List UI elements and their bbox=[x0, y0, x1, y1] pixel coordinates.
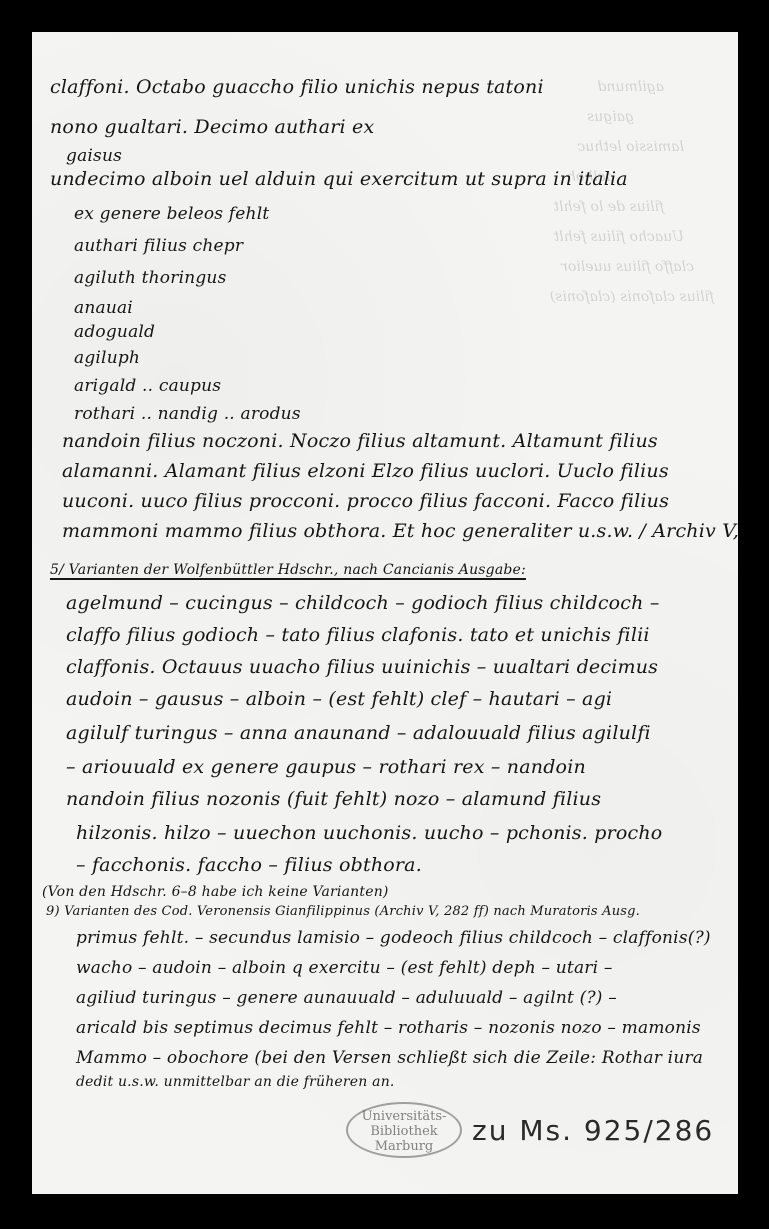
text-line: aricald bis septimus decimus fehlt – rot… bbox=[76, 1018, 701, 1038]
text-line: wacho – audoin – alboin q exercitu – (es… bbox=[76, 958, 613, 978]
text-line: adoguald bbox=[74, 322, 155, 342]
text-line: rothari .. nandig .. arodus bbox=[74, 404, 301, 424]
text-line: hilzonis. hilzo – uuechon uuchonis. uuch… bbox=[76, 822, 662, 844]
section-5-heading: 5/ Varianten der Wolfenbüttler Hdschr., … bbox=[50, 562, 526, 578]
shelfmark: zu Ms. 925/286 bbox=[472, 1114, 714, 1147]
bleed-line: claffo filius uuelior bbox=[484, 252, 724, 282]
text-line: agiluth thoringus bbox=[74, 268, 227, 288]
text-line: agiliud turingus – genere aunauuald – ad… bbox=[76, 988, 617, 1008]
text-line: Mammo – obochore (bei den Versen schließ… bbox=[76, 1048, 703, 1068]
text-line: claffo filius godioch – tato filius claf… bbox=[66, 624, 650, 646]
text-line: agelmund – cucingus – childcoch – godioc… bbox=[66, 592, 660, 614]
text-line: audoin – gausus – alboin – (est fehlt) c… bbox=[66, 688, 612, 710]
text-line: claffonis. Octauus uuacho filius uuinich… bbox=[66, 656, 658, 678]
text-line: gaisus bbox=[66, 146, 122, 166]
text-line: agiluph bbox=[74, 348, 140, 368]
bleed-through-text: agilmund gaigus lamissio lethuc aclhoh f… bbox=[484, 72, 724, 312]
stamp-line: Marburg bbox=[348, 1139, 460, 1154]
text-line: anauai bbox=[74, 298, 133, 318]
bleed-line: Uuacho filius fehlt bbox=[484, 222, 724, 252]
bleed-line: filius de lo fehlt bbox=[484, 192, 724, 222]
text-line: – ariouuald ex genere gaupus – rothari r… bbox=[66, 756, 586, 778]
text-line: claffoni. Octabo guaccho filio unichis n… bbox=[50, 76, 544, 98]
text-line: dedit u.s.w. unmittelbar an die früheren… bbox=[76, 1074, 395, 1090]
text-line: – facchonis. faccho – filius obthora. bbox=[76, 854, 422, 876]
text-line: undecimo alboin uel alduin qui exercitum… bbox=[50, 168, 628, 190]
stamp-line: Universitäts- bbox=[348, 1109, 460, 1124]
bleed-line: filius clafonis (clafonis) bbox=[484, 282, 724, 312]
text-line: uuconi. uuco filius procconi. procco fil… bbox=[62, 490, 669, 512]
text-line: ex genere beleos fehlt bbox=[74, 204, 269, 224]
text-line: nono gualtari. Decimo authari ex bbox=[50, 116, 374, 138]
text-line: arigald .. caupus bbox=[74, 376, 221, 396]
text-line: authari filius chepr bbox=[74, 236, 243, 256]
text-line: primus fehlt. – secundus lamisio – godeo… bbox=[76, 928, 711, 948]
section-9-heading: 9) Varianten des Cod. Veronensis Gianfil… bbox=[46, 904, 640, 919]
bleed-line: lamissio lethuc bbox=[484, 132, 724, 162]
bleed-line: gaigus bbox=[484, 102, 724, 132]
stamp-line: Bibliothek bbox=[348, 1124, 460, 1139]
text-line: nandoin filius noczoni. Noczo filius alt… bbox=[62, 430, 658, 452]
text-line: mammoni mammo filius obthora. Et hoc gen… bbox=[62, 520, 738, 542]
library-stamp: Universitäts- Bibliothek Marburg bbox=[346, 1102, 462, 1158]
manuscript-page: agilmund gaigus lamissio lethuc aclhoh f… bbox=[32, 32, 738, 1194]
text-line: nandoin filius nozonis (fuit fehlt) nozo… bbox=[66, 788, 601, 810]
text-line: alamanni. Alamant filius elzoni Elzo fil… bbox=[62, 460, 669, 482]
note-no-variants: (Von den Hdschr. 6–8 habe ich keine Vari… bbox=[42, 884, 389, 900]
text-line: agilulf turingus – anna anaunand – adalo… bbox=[66, 722, 651, 744]
